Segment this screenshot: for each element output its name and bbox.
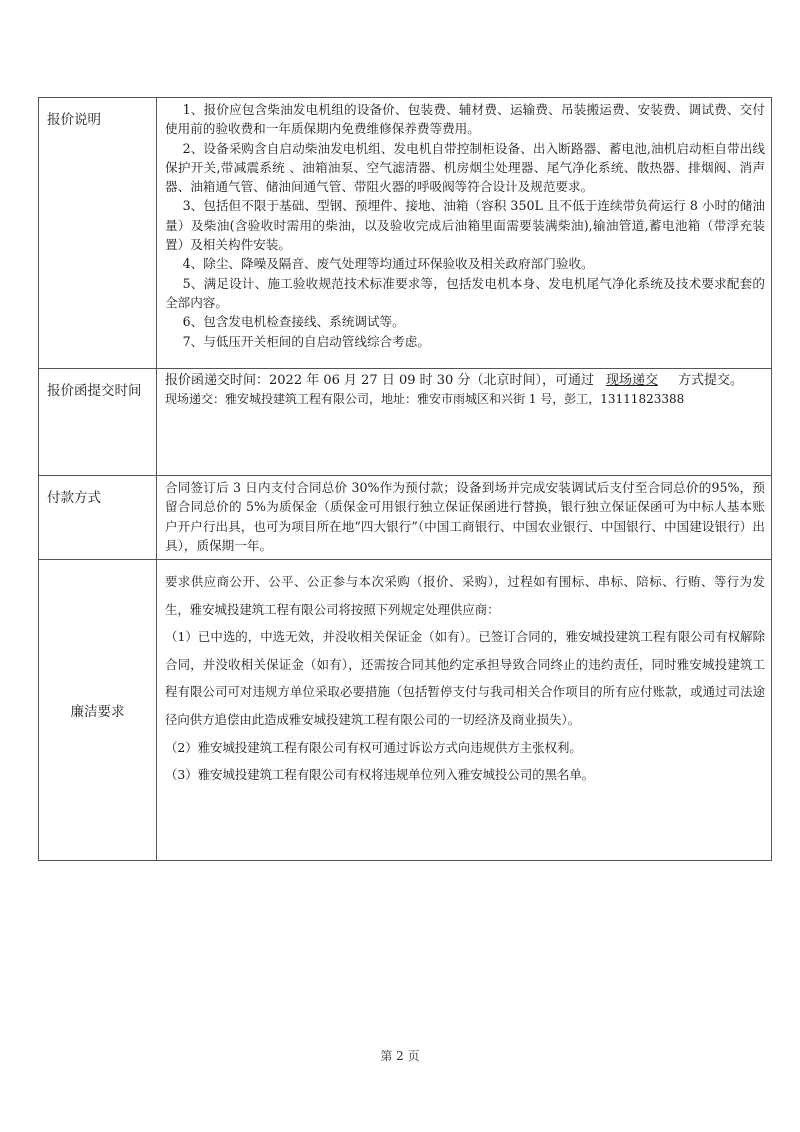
integrity-intro: 要求供应商公开、公平、公正参与本次采购（报价、采购），过程如有围标、串标、陪标、… xyxy=(165,568,765,623)
label-submission-time: 报价函提交时间 xyxy=(39,369,157,476)
row-integrity: 廉洁要求 要求供应商公开、公平、公正参与本次采购（报价、采购），过程如有围标、串… xyxy=(39,560,772,861)
row-quote-notes: 报价说明 1、报价应包含柴油发电机组的设备价、包装费、辅材费、运输费、吊装搬运费… xyxy=(39,98,772,369)
label-integrity: 廉洁要求 xyxy=(39,560,157,861)
submission-address: 现场递交：雅安城投建筑工程有限公司，地址：雅安市雨城区和兴街 1 号，彭工，13… xyxy=(165,390,765,409)
procurement-terms-table: 报价说明 1、报价应包含柴油发电机组的设备价、包装费、辅材费、运输费、吊装搬运费… xyxy=(38,97,772,861)
submission-content: 报价函递交时间：2022 年 06 月 27 日 09 时 30 分（北京时间）… xyxy=(157,369,772,476)
quote-note-item: 2、设备采购含自启动柴油发电机组、发电机自带控制柜设备、出入断路器、蓄电池,油机… xyxy=(165,139,765,197)
quote-notes-content: 1、报价应包含柴油发电机组的设备价、包装费、辅材费、运输费、吊装搬运费、安装费、… xyxy=(157,98,772,369)
submission-method: 现场递交 xyxy=(594,373,678,388)
quote-note-item: 4、除尘、降噪及隔音、废气处理等均通过环保验收及相关政府部门验收。 xyxy=(165,254,765,273)
integrity-clause: （2）雅安城投建筑工程有限公司有权可通过诉讼方式向违规供方主张权利。 xyxy=(165,734,765,762)
quote-note-item: 3、包括但不限于基础、型钢、预埋件、接地、油箱（容积 350L 且不低于连续带负… xyxy=(165,196,765,254)
row-payment: 付款方式 合同签订后 3 日内支付合同总价 30%作为预付款；设备到场并完成安装… xyxy=(39,476,772,560)
integrity-content: 要求供应商公开、公平、公正参与本次采购（报价、采购），过程如有围标、串标、陪标、… xyxy=(157,560,772,861)
submission-deadline: 报价函递交时间：2022 年 06 月 27 日 09 时 30 分（北京时间）… xyxy=(165,371,765,390)
quote-note-item: 1、报价应包含柴油发电机组的设备价、包装费、辅材费、运输费、吊装搬运费、安装费、… xyxy=(165,100,765,139)
row-submission-time: 报价函提交时间 报价函递交时间：2022 年 06 月 27 日 09 时 30… xyxy=(39,369,772,476)
quote-note-item: 6、包含发电机检查接线、系统调试等。 xyxy=(165,312,765,331)
quote-note-item: 7、与低压开关柜间的自启动管线综合考虑。 xyxy=(165,332,765,351)
payment-content: 合同签订后 3 日内支付合同总价 30%作为预付款；设备到场并完成安装调试后支付… xyxy=(157,476,772,560)
integrity-clause: （3）雅安城投建筑工程有限公司有权将违规单位列入雅安城投公司的黑名单。 xyxy=(165,761,765,789)
label-payment: 付款方式 xyxy=(39,476,157,560)
label-quote-notes: 报价说明 xyxy=(39,98,157,369)
quote-note-item: 5、满足设计、施工验收规范技术标准要求等，包括发电机本身、发电机尾气净化系统及技… xyxy=(165,274,765,313)
integrity-clause: （1）已中选的，中选无效，并没收相关保证金（如有）。已签订合同的，雅安城投建筑工… xyxy=(165,623,765,733)
page-number: 第 2 页 xyxy=(0,1047,800,1064)
